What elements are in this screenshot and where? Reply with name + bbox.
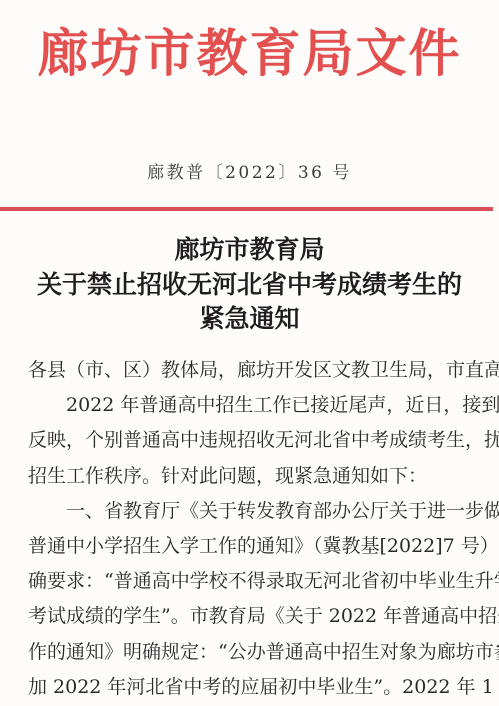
body-line: 加 2022 年河北省中考的应届初中毕业生”。2022 年 1 月 18 — [28, 670, 470, 705]
body-line: 确要求：“普通高中学校不得录取无河北省初中毕业生升学 — [28, 564, 470, 599]
document-reference-number: 廊教普〔2022〕36 号 — [0, 160, 499, 186]
document-title-line-3: 紧急通知 — [0, 302, 499, 337]
official-document-page: 廊坊市教育局文件 廊教普〔2022〕36 号 廊坊市教育局 关于禁止招收无河北省… — [0, 0, 499, 706]
document-title: 廊坊市教育局 关于禁止招收无河北省中考成绩考生的 紧急通知 — [0, 233, 499, 337]
body-line: 2022 年普通高中招生工作已接近尾声，近日，接到群众 — [28, 388, 470, 423]
red-divider-rule — [0, 207, 493, 211]
document-body: 各县（市、区）教体局，廊坊开发区文教卫生局，市直高中： 2022 年普通高中招生… — [28, 353, 470, 705]
body-line: 普通中小学招生入学工作的通知》（冀教基[2022]7 号）明 — [28, 529, 470, 564]
body-line-salutation: 各县（市、区）教体局，廊坊开发区文教卫生局，市直高中： — [28, 353, 470, 388]
body-line: 招生工作秩序。针对此问题，现紧急通知如下： — [28, 459, 470, 494]
body-line-item-one: 一、省教育厅《关于转发教育部办公厅关于进一步做好 — [28, 494, 470, 529]
body-line: 作的通知》明确规定：“公办普通高中招生对象为廊坊市参 — [28, 635, 470, 670]
document-title-line-1: 廊坊市教育局 — [0, 233, 499, 268]
body-line: 反映，个别普通高中违规招收无河北省中考成绩考生，扰乱 — [28, 423, 470, 458]
document-title-line-2: 关于禁止招收无河北省中考成绩考生的 — [0, 268, 499, 303]
document-header-title: 廊坊市教育局文件 — [0, 18, 499, 90]
body-line: 考试成绩的学生”。市教育局《关于 2022 年普通高中招生工 — [28, 599, 470, 634]
